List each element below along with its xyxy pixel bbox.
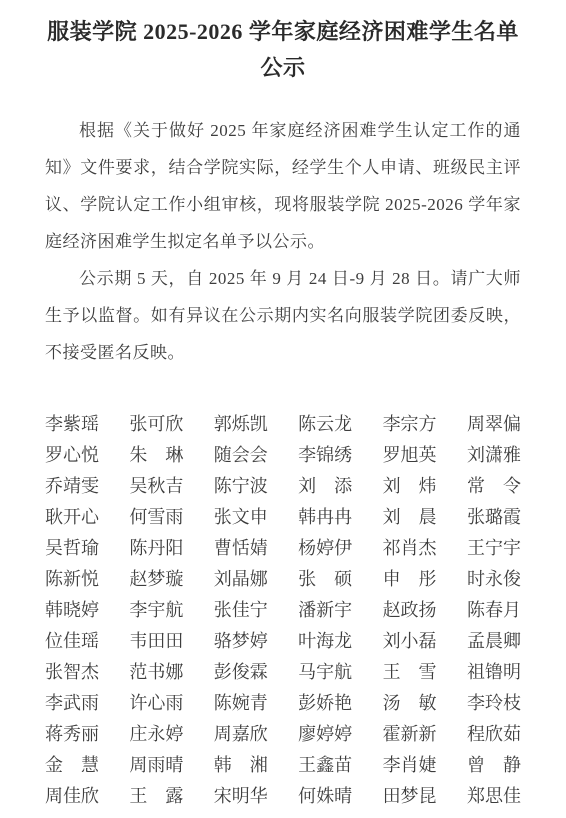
student-name: 位佳瑶 bbox=[45, 627, 99, 653]
student-name: 汤敏 bbox=[383, 689, 437, 715]
page-title-line-1: 服装学院 2025-2026 学年家庭经济困难学生名单 bbox=[45, 14, 521, 50]
student-name: 吴哲瑜 bbox=[45, 534, 99, 560]
student-name: 韩晓婷 bbox=[45, 596, 99, 622]
student-name: 何姝晴 bbox=[298, 782, 352, 808]
student-name: 刘炜 bbox=[383, 472, 437, 498]
name-row: 陈新悦赵梦璇刘晶娜张硕申彤时永俊 bbox=[45, 562, 521, 593]
student-name: 刘晨 bbox=[383, 503, 437, 529]
name-row: 韩晓婷李宇航张佳宁潘新宇赵政扬陈春月 bbox=[45, 593, 521, 624]
student-name: 张可欣 bbox=[129, 410, 183, 436]
student-name: 骆梦婷 bbox=[214, 627, 268, 653]
student-name: 赵政扬 bbox=[383, 596, 437, 622]
name-row: 吴哲瑜陈丹阳曹恬婧杨婷伊祁肖杰王宁宇 bbox=[45, 531, 521, 562]
name-row: 耿开心何雪雨张文申韩冉冉刘晨张璐霞 bbox=[45, 500, 521, 531]
student-name: 刘添 bbox=[298, 472, 352, 498]
student-name: 韩冉冉 bbox=[298, 503, 352, 529]
student-name: 周雨晴 bbox=[129, 751, 183, 777]
student-name: 王宁宇 bbox=[467, 534, 521, 560]
student-name: 宋明华 bbox=[214, 782, 268, 808]
student-name: 李锦绣 bbox=[298, 441, 352, 467]
student-name: 祁肖杰 bbox=[383, 534, 437, 560]
student-name: 李武雨 bbox=[45, 689, 99, 715]
student-name: 张硕 bbox=[298, 565, 352, 591]
student-name: 郭烁凯 bbox=[214, 410, 268, 436]
student-name: 范书娜 bbox=[129, 658, 183, 684]
student-name: 潘新宇 bbox=[298, 596, 352, 622]
student-name: 陈宁波 bbox=[214, 472, 268, 498]
student-name: 韦田田 bbox=[129, 627, 183, 653]
student-name: 陈春月 bbox=[467, 596, 521, 622]
student-name: 何雪雨 bbox=[129, 503, 183, 529]
name-row: 蒋秀丽庄永婷周嘉欣廖婷婷霍新新程欣茹 bbox=[45, 717, 521, 748]
student-name: 李宗方 bbox=[383, 410, 437, 436]
student-name: 庄永婷 bbox=[129, 720, 183, 746]
student-name: 廖婷婷 bbox=[298, 720, 352, 746]
student-name: 陈婉青 bbox=[214, 689, 268, 715]
student-name: 王鑫苗 bbox=[298, 751, 352, 777]
student-name: 时永俊 bbox=[467, 565, 521, 591]
student-name: 随会会 bbox=[214, 441, 268, 467]
announcement-document: 服装学院 2025-2026 学年家庭经济困难学生名单 公示 根据《关于做好 2… bbox=[0, 0, 566, 818]
student-name: 李玲枝 bbox=[467, 689, 521, 715]
student-name: 霍新新 bbox=[383, 720, 437, 746]
student-name: 田梦昆 bbox=[383, 782, 437, 808]
student-name: 王露 bbox=[129, 782, 183, 808]
student-name: 周嘉欣 bbox=[214, 720, 268, 746]
student-name: 李宇航 bbox=[129, 596, 183, 622]
student-name-grid: 李紫瑶张可欣郭烁凯陈云龙李宗方周翠偏罗心悦朱琳随会会李锦绣罗旭英刘潇雅乔靖雯吴秋… bbox=[45, 407, 521, 810]
student-name: 乔靖雯 bbox=[45, 472, 99, 498]
student-name: 李紫瑶 bbox=[45, 410, 99, 436]
student-name: 常令 bbox=[467, 472, 521, 498]
student-name: 叶海龙 bbox=[298, 627, 352, 653]
student-name: 张文申 bbox=[214, 503, 268, 529]
student-name: 李肖婕 bbox=[383, 751, 437, 777]
student-name: 陈新悦 bbox=[45, 565, 99, 591]
student-name: 杨婷伊 bbox=[298, 534, 352, 560]
name-row: 李武雨许心雨陈婉青彭娇艳汤敏李玲枝 bbox=[45, 686, 521, 717]
student-name: 彭娇艳 bbox=[298, 689, 352, 715]
student-name: 张璐霞 bbox=[467, 503, 521, 529]
student-name: 周佳欣 bbox=[45, 782, 99, 808]
name-row: 乔靖雯吴秋吉陈宁波刘添刘炜常令 bbox=[45, 469, 521, 500]
student-name: 张佳宁 bbox=[214, 596, 268, 622]
student-name: 王雪 bbox=[383, 658, 437, 684]
student-name: 朱琳 bbox=[129, 441, 183, 467]
student-name: 金慧 bbox=[45, 751, 99, 777]
student-name: 刘小磊 bbox=[383, 627, 437, 653]
student-name: 刘潇雅 bbox=[467, 441, 521, 467]
name-row: 张智杰范书娜彭俊霖马宇航王雪祖镥明 bbox=[45, 655, 521, 686]
name-row: 李紫瑶张可欣郭烁凯陈云龙李宗方周翠偏 bbox=[45, 407, 521, 438]
student-name: 刘晶娜 bbox=[214, 565, 268, 591]
student-name: 曹恬婧 bbox=[214, 534, 268, 560]
paragraph-basis: 根据《关于做好 2025 年家庭经济困难学生认定工作的通知》文件要求，结合学院实… bbox=[45, 112, 521, 260]
student-name: 蒋秀丽 bbox=[45, 720, 99, 746]
student-name: 郑思佳 bbox=[467, 782, 521, 808]
page-title: 服装学院 2025-2026 学年家庭经济困难学生名单 公示 bbox=[45, 14, 521, 86]
student-name: 韩湘 bbox=[214, 751, 268, 777]
student-name: 程欣茹 bbox=[467, 720, 521, 746]
student-name: 孟晨卿 bbox=[467, 627, 521, 653]
student-name: 周翠偏 bbox=[467, 410, 521, 436]
student-name: 吴秋吉 bbox=[129, 472, 183, 498]
student-name: 耿开心 bbox=[45, 503, 99, 529]
student-name: 祖镥明 bbox=[467, 658, 521, 684]
student-name: 曾静 bbox=[467, 751, 521, 777]
student-name: 罗旭英 bbox=[383, 441, 437, 467]
student-name: 申彤 bbox=[383, 565, 437, 591]
student-name: 许心雨 bbox=[129, 689, 183, 715]
name-row: 位佳瑶韦田田骆梦婷叶海龙刘小磊孟晨卿 bbox=[45, 624, 521, 655]
name-row: 罗心悦朱琳随会会李锦绣罗旭英刘潇雅 bbox=[45, 438, 521, 469]
student-name: 赵梦璇 bbox=[129, 565, 183, 591]
student-name: 陈丹阳 bbox=[129, 534, 183, 560]
student-name: 陈云龙 bbox=[298, 410, 352, 436]
name-row: 金慧周雨晴韩湘王鑫苗李肖婕曾静 bbox=[45, 748, 521, 779]
student-name: 张智杰 bbox=[45, 658, 99, 684]
student-name: 罗心悦 bbox=[45, 441, 99, 467]
page-title-line-2: 公示 bbox=[45, 50, 521, 86]
student-name: 马宇航 bbox=[298, 658, 352, 684]
paragraph-publicity-period: 公示期 5 天，自 2025 年 9 月 24 日-9 月 28 日。请广大师生… bbox=[45, 260, 521, 371]
name-row: 周佳欣王露宋明华何姝晴田梦昆郑思佳 bbox=[45, 779, 521, 810]
student-name: 彭俊霖 bbox=[214, 658, 268, 684]
announcement-body: 根据《关于做好 2025 年家庭经济困难学生认定工作的通知》文件要求，结合学院实… bbox=[45, 112, 521, 371]
